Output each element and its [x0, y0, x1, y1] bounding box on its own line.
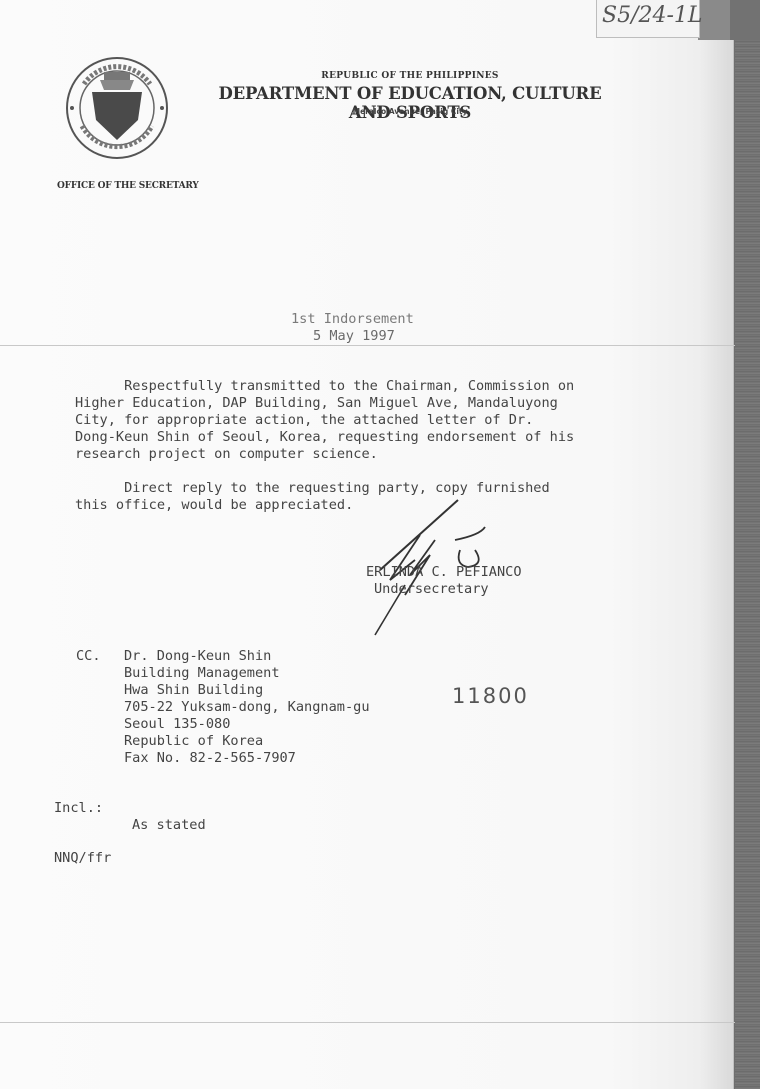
indorsement-title: 1st Indorsement — [291, 311, 414, 328]
seal-icon — [64, 56, 170, 160]
signatory-title: Undersecretary — [374, 581, 489, 598]
office-heading: OFFICE OF THE SECRETARY — [57, 181, 199, 191]
republic-heading: REPUBLIC OF THE PHILIPPINES — [200, 71, 620, 81]
fold-line — [0, 345, 735, 346]
scan-corner-shadow-dark — [730, 0, 760, 40]
indorsement-date: 5 May 1997 — [313, 328, 395, 345]
cc-label: CC. — [76, 648, 101, 665]
fold-line — [0, 1022, 735, 1023]
enclosure-label: Incl.: — [54, 800, 103, 817]
typist-initials: NNQ/ffr — [54, 850, 111, 867]
department-heading: DEPARTMENT OF EDUCATION, CULTURE AND SPO… — [200, 84, 620, 122]
department-address: Meralco Avenue, Pasig City — [200, 107, 620, 116]
handwritten-file-note: S5/24-1L — [602, 3, 703, 28]
enclosure-value: As stated — [132, 817, 206, 834]
body-paragraph-1: Respectfully transmitted to the Chairman… — [75, 378, 574, 463]
cc-address: Dr. Dong-Keun Shin Building Management H… — [124, 648, 370, 767]
signatory-name: ERLINDA C. PEFIANCO — [366, 564, 522, 581]
scanned-page: S5/24-1L REPUBLIC OF THE PHILIPPINES DEP… — [0, 0, 760, 1089]
reference-number-stamp: 11800 — [452, 684, 529, 708]
scan-edge-shadow — [735, 0, 760, 1089]
